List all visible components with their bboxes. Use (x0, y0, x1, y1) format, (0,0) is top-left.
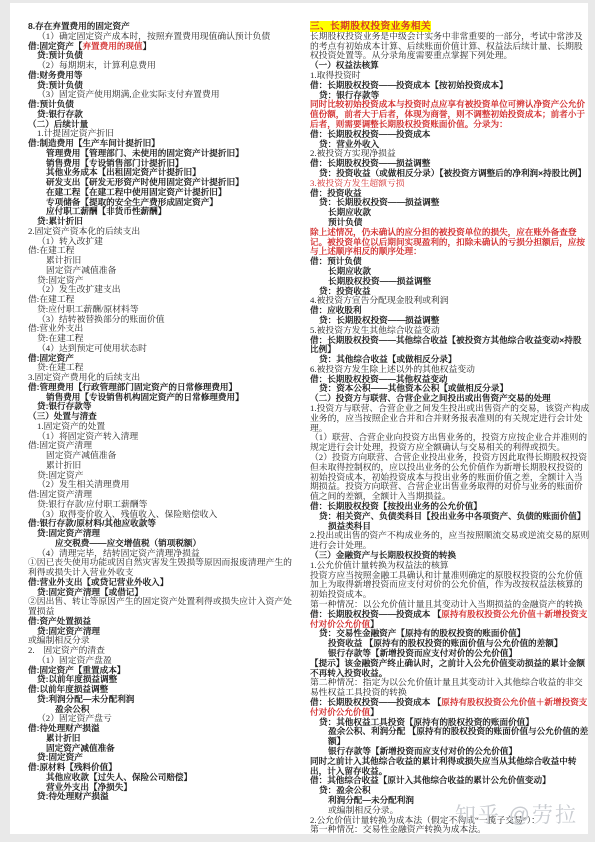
text-segment: 借:管理费用【行政管理部门固定资产的日常修理费用】 (28, 382, 237, 392)
text-segment: 贷:利润分配—未分配利润 (37, 694, 134, 704)
text-line: 长期股权投资业务是中级会计实务中非常重要的一部分，考试中常涉及的考点有初始成本计… (310, 32, 590, 61)
text-line: 借：长期股权投资——其他综合收益【被投资方其他综合收益变动×持股比例】 (310, 336, 590, 356)
text-segment: 】 (143, 41, 152, 51)
text-segment: 2.被投资方实现净损益 (310, 148, 396, 158)
text-segment: （3）取得变价收入、残值收入、保险赔偿收入 (37, 509, 217, 519)
text-segment: 2. 固定资产的清查 (28, 645, 105, 655)
text-segment: 借：长期股权投资——投资成本 【 (310, 697, 441, 707)
text-segment: 1.计提固定资产折旧 (37, 128, 114, 138)
text-segment: 贷:银行存款等 (37, 401, 91, 411)
text-segment: 借：应收股利 (310, 305, 362, 315)
text-segment: 长期股权投资——损益调整 (328, 276, 431, 286)
text-segment: （1）转入改扩建 (37, 236, 103, 246)
text-segment: 弃置费用的现值 (82, 41, 142, 51)
text-segment: 3.被投资方发生超额亏损 (310, 178, 405, 188)
text-segment: 贷:以前年度损益调整 (37, 674, 117, 684)
text-segment: 【提示】该金融资产终止确认时，之前计入公允价值变动损益的累计金额不再转入投资收益… (310, 658, 585, 678)
text-segment: ①因已丧失使用功能或因自然灾害发生毁损等原因而报废清理产生的利得或损失计入营业外… (28, 557, 292, 577)
text-segment: 或编制相反分录 (28, 635, 90, 645)
text-segment: （二）后续计量 (28, 119, 88, 129)
document-page: 8.存在弃置费用的固定资产（1）确定固定资产成本时，按照弃置费用现值确认预计负债… (10, 3, 588, 834)
text-segment: 8.存在弃置费用的固定资产 (28, 21, 130, 31)
text-segment: 借:固定资产【重置成本】 (28, 665, 125, 675)
text-line: ②因出售、转让等原因产生的固定资产处置利得或损失应计入资产处置损益 (28, 597, 300, 617)
text-segment: 借：长期股权投资——投资成本【按初始投资成本】 (310, 80, 508, 90)
text-segment: 借:原材料【残料价值】 (28, 762, 117, 772)
text-segment: 借：长期股权投资——投资成本 【 (310, 609, 441, 619)
text-segment: 贷:待处理财产损溢 (37, 791, 109, 801)
text-segment: 贷：长期股权投资——损益调整 (319, 197, 439, 207)
text-line: ①因已丧失使用功能或因自然灾害发生毁损等原因而报废清理产生的利得或损失计入营业外… (28, 558, 300, 578)
text-segment: 1.公允价值计量转换为权益法的核算 (310, 560, 449, 570)
text-segment: 借:在建工程 (28, 245, 74, 255)
text-segment: （4）达到预定可使用状态时 (37, 343, 147, 353)
text-segment: 借:营业外支出 (28, 323, 83, 333)
text-segment: （3）固定资产使用期满,企业实际支付弃置费用 (37, 89, 220, 99)
text-segment: ②因出售、转让等原因产生的固定资产处置利得或损失应计入资产处置损益 (28, 596, 292, 616)
text-segment: 贷：其他综合收益【或做相反分录】 (319, 354, 457, 364)
text-segment: 固定资产减值准备 (46, 743, 115, 753)
text-segment: 贷:固定资产 (37, 752, 83, 762)
text-segment: （二）投资方与联营、合营企业之间投出或出售资产交易的处理 (310, 393, 551, 403)
text-segment: 贷:银行存款 (37, 109, 83, 119)
text-segment: （三）处置与清查 (28, 411, 97, 421)
text-segment: 借:资产处置损益 (28, 616, 91, 626)
text-line: （2）投资方向联营、合营企业投出业务，投资方因此取得长期股权投资但未取得控制权的… (310, 453, 590, 502)
text-line: （1）联营、合营企业向投资方出售业务的，投资方应按企业合并准则的规定进行会计处理… (310, 433, 590, 453)
text-line: 投资方应当按照金融工具确认和计量准则确定的原股权投资的公允价值加上为取得新增投资… (310, 571, 590, 600)
text-segment: （2）投资方向联营、合营企业投出业务，投资方因此取得长期股权投资但未取得控制权的… (310, 452, 587, 501)
left-column: 8.存在弃置费用的固定资产（1）确定固定资产成本时，按照弃置费用现值确认预计负债… (28, 22, 300, 802)
text-segment: 同时之前计入其他综合收益的累计利得或损失应当从其他综合收益中转出，计入留存收益。 (310, 756, 576, 776)
text-segment: 借:在建工程 (28, 294, 74, 304)
text-segment: 借:固定资产清理 (28, 489, 92, 499)
text-segment: 第一种情况：以公允价值计量且其变动计入当期损益的金融资产的转换 (310, 599, 583, 609)
text-segment: 借:固定资产 (28, 353, 74, 363)
text-line: 贷:待处理财产损溢 (28, 792, 300, 802)
text-segment: 长期股权投资业务是中级会计实务中非常重要的一部分，考试中常涉及的考点有初始成本计… (310, 31, 583, 61)
text-segment: 应付职工薪酬【非货币性薪酬】 (46, 206, 166, 216)
text-segment: 贷:在建工程 (37, 362, 83, 372)
text-line: 同时比较初始投资成本与投资时点应享有被投资单位可辨认净资产公允价值份额，前者大于… (310, 100, 590, 129)
text-segment: 借：长期股权投资——投资成本 (310, 129, 430, 139)
text-segment: 贷:在建工程 (37, 333, 83, 343)
text-segment: 借：其他综合收益【原计入其他综合收益的累计公允价值变动】 (310, 775, 551, 785)
text-segment: 贷:固定资产 (37, 470, 83, 480)
text-segment: 盈余公积、利润分配 【原持有的股权投资的账面价值与公允价值的差额】 (328, 726, 588, 746)
text-segment: 贷：资本公积——其他资本公积【或做相反分录】 (319, 383, 508, 393)
text-line: 借：长期股权投资——投资成本 【原持有股权投资公允价值＋新增投资支付对价公允价值… (310, 698, 590, 718)
text-segment: 贷：投资收益（或做相反分录）【被投资方调整后的净利润×持股比例】 (319, 168, 586, 178)
text-segment: 营业外支出【净损失】 (46, 782, 132, 792)
text-segment: 借:固定资产【 (28, 41, 82, 51)
text-segment: 其他业务成本【出租固定资产计提折旧】 (46, 167, 201, 177)
text-segment: 或编制相反分录。 (328, 805, 398, 815)
text-segment: 累计折旧 (46, 255, 81, 265)
text-segment: （2）固定资产盘亏 (37, 713, 112, 723)
text-segment: 管理费用【管理部门、未使用的固定资产计提折旧】 (46, 148, 244, 158)
text-line: 【提示】该金融资产终止确认时，之前计入公允价值变动损益的累计金额不再转入投资收益… (310, 659, 590, 679)
text-line: 同时之前计入其他综合收益的累计利得或损失应当从其他综合收益中转出，计入留存收益。 (310, 757, 590, 777)
text-segment: 同时比较初始投资成本与投资时点应享有被投资单位可辨认净资产公允价值份额，前者大于… (310, 99, 585, 129)
text-segment: 除上述情况，仍未确认的应分担的被投资单位的损失，应在账外备查登记。被投资单位以后… (310, 227, 585, 257)
text-segment: 3.固定资产费用化的后续支出 (28, 372, 140, 382)
text-segment: 贷:预计负债 (37, 50, 83, 60)
text-segment: 6.被投资方发生除上述以外的其他权益变动 (310, 364, 475, 374)
text-segment: 在建工程【在建工程中使用固定资产计提折旧】 (46, 187, 226, 197)
text-segment: 贷:银行存款/应付职工薪酬等 (37, 499, 147, 509)
text-segment: 借:营业外支出【或贷记营业外收入】 (28, 577, 168, 587)
text-segment: 销售费用【专设销售部门计提折旧】 (46, 158, 184, 168)
text-segment: 4.被投资方宣告分配现金股利或利润 (310, 295, 449, 305)
text-segment: （1）将固定资产转入清理 (37, 431, 138, 441)
text-segment: 贷:固定资产 (37, 275, 83, 285)
text-segment: 1.取得投资时 (310, 70, 361, 80)
text-segment: 贷：长期股权投资——损益调整 (319, 315, 439, 325)
text-segment: 贷：相关资产、负债类科目【投出业务中各项资产、负债的账面价值】 (319, 511, 585, 521)
text-segment: 贷：盈余公积 (319, 785, 371, 795)
text-segment: 预计负债 (328, 217, 362, 227)
text-line: 第二种情况：指定为以公允价值计量且其变动计入其他综合收益的非交易性权益工具投资的… (310, 678, 590, 698)
text-segment: （2）发生相关清理费用 (37, 479, 129, 489)
text-segment: （2）每期期末，计算利息费用 (37, 60, 156, 70)
text-line: 盈余公积、利润分配 【原持有的股权投资的账面价值与公允价值的差额】 (310, 727, 590, 747)
text-segment: 借:固定资产清理 (28, 440, 92, 450)
text-segment: 贷:固定资产清理 (37, 528, 100, 538)
text-segment: 贷:预计负债 (37, 80, 83, 90)
text-line: 1.投资方与联营、合营企业之间发生投出或出售资产的交易，该资产构成业务的，应当按… (310, 404, 590, 433)
text-segment: 盈余公积 (55, 704, 89, 714)
text-segment: （三）金融资产与长期股权投资的转换 (310, 550, 456, 560)
text-line: 除上述情况，仍未确认的应分担的被投资单位的损失，应在账外备查登记。被投资单位以后… (310, 228, 590, 257)
text-segment: 贷:固定资产清理【或借记】 (37, 587, 143, 597)
zhihu-watermark: 知乎 @劳拉 (455, 799, 578, 829)
text-segment: 累计折旧 (46, 733, 80, 743)
text-segment: 长期应收款 (328, 266, 371, 276)
text-segment: 】 (370, 707, 379, 717)
text-segment: 贷:应付职工薪酬/原材料等 (37, 304, 139, 314)
text-segment: （一）权益法核算 (310, 60, 379, 70)
text-segment: 应交税费——应交增值税（销项税额） (55, 538, 201, 548)
text-segment: 贷：交易性金融资产【原持有的股权投资的账面价值】 (319, 628, 525, 638)
right-column: 三、长期股权投资业务相关长期股权投资业务是中级会计实务中非常重要的一部分，考试中… (310, 22, 590, 835)
text-segment: 2.投出或出售的资产不构成业务的，应当按照顺流交易或逆流交易的原则进行会计处理。 (310, 530, 589, 550)
text-segment: 投资收益 【原持有的股权投资的账面价值与公允价值的差额】 (328, 638, 562, 648)
text-segment: 1.投资方与联营、合营企业之间发生投出或出售资产的交易，该资产构成业务的，应当按… (310, 403, 589, 433)
text-segment: 销售费用【专设销售机构固定资产的日常修理费用】 (46, 392, 244, 402)
text-segment: 长期应收款 (328, 207, 371, 217)
text-segment: 1.固定资产的处置 (37, 421, 105, 431)
text-segment: 投资方应当按照金融工具确认和计量准则确定的原股权投资的公允价值加上为取得新增投资… (310, 570, 583, 600)
text-segment: （1）固定资产盘盈 (37, 655, 112, 665)
text-segment: 5.被投资方发生其他综合收益变动 (310, 325, 440, 335)
text-segment: 借:待处理财产损溢 (28, 723, 100, 733)
text-segment: 借:财务费用等 (28, 70, 82, 80)
text-line: 借：长期股权投资——投资成本 【原持有股权投资公允价值＋新增投资支付对价公允价值… (310, 610, 590, 630)
text-segment: （1）确定固定资产成本时，按照弃置费用现值确认预计负债 (37, 31, 270, 41)
text-segment: 银行存款等【新增投资而应支付对价的公允价值】 (328, 648, 517, 658)
text-segment: 借:预计负债 (28, 99, 74, 109)
text-segment: （3）结转被替换部分的账面价值 (37, 314, 165, 324)
text-segment: 专项储备【提取的安全生产费形成固定资产】 (46, 197, 218, 207)
text-segment: 固定资产减值准备 (46, 450, 116, 460)
text-segment: （2）发生改扩建支出 (37, 284, 121, 294)
text-segment: 贷:固定资产清理 (37, 626, 100, 636)
text-segment: 利润分配—未分配利润 (328, 795, 414, 805)
text-segment: 借：预计负债 (310, 256, 362, 266)
text-segment: 研发支出【研发无形资产时使用固定资产计提折旧】 (46, 177, 244, 187)
text-segment: 借:银行存款/原材料/其他应收款等 (28, 518, 156, 528)
text-segment: 累计折旧 (46, 460, 81, 470)
text-line: 2.投出或出售的资产不构成业务的，应当按照顺流交易或逆流交易的原则进行会计处理。 (310, 531, 590, 551)
text-segment: （4）清理完毕，结转固定资产清理净损益 (37, 548, 200, 558)
text-segment: 借：长期股权投资——损益调整 (310, 158, 430, 168)
text-segment: 借:以前年度损益调整 (28, 684, 108, 694)
text-segment: 借：长期股权投资——其他综合收益【被投资方其他综合收益变动×持股比例】 (310, 335, 581, 355)
text-segment: 第二种情况：指定为以公允价值计量且其变动计入其他综合收益的非交易性权益工具投资的… (310, 677, 583, 697)
text-segment: 借：长期股权投资【按投出业务的公允价值】 (310, 501, 482, 511)
text-segment: 其他应收款【过失人、保险公司赔偿】 (46, 772, 192, 782)
text-segment: （1）联营、合营企业向投资方出售业务的，投资方应按企业合并准则的规定进行会计处理… (310, 432, 587, 452)
text-segment: 贷:累计折旧 (37, 216, 83, 226)
text-segment: 2.固定资产资本化的后续支出 (28, 226, 140, 236)
text-segment: 固定资产减值准备 (46, 265, 116, 275)
text-segment: 借:制造费用【生产车间计提折旧】 (28, 138, 160, 148)
text-segment: 银行存款等【新增投资而应支付对价的公允价值】 (328, 746, 517, 756)
